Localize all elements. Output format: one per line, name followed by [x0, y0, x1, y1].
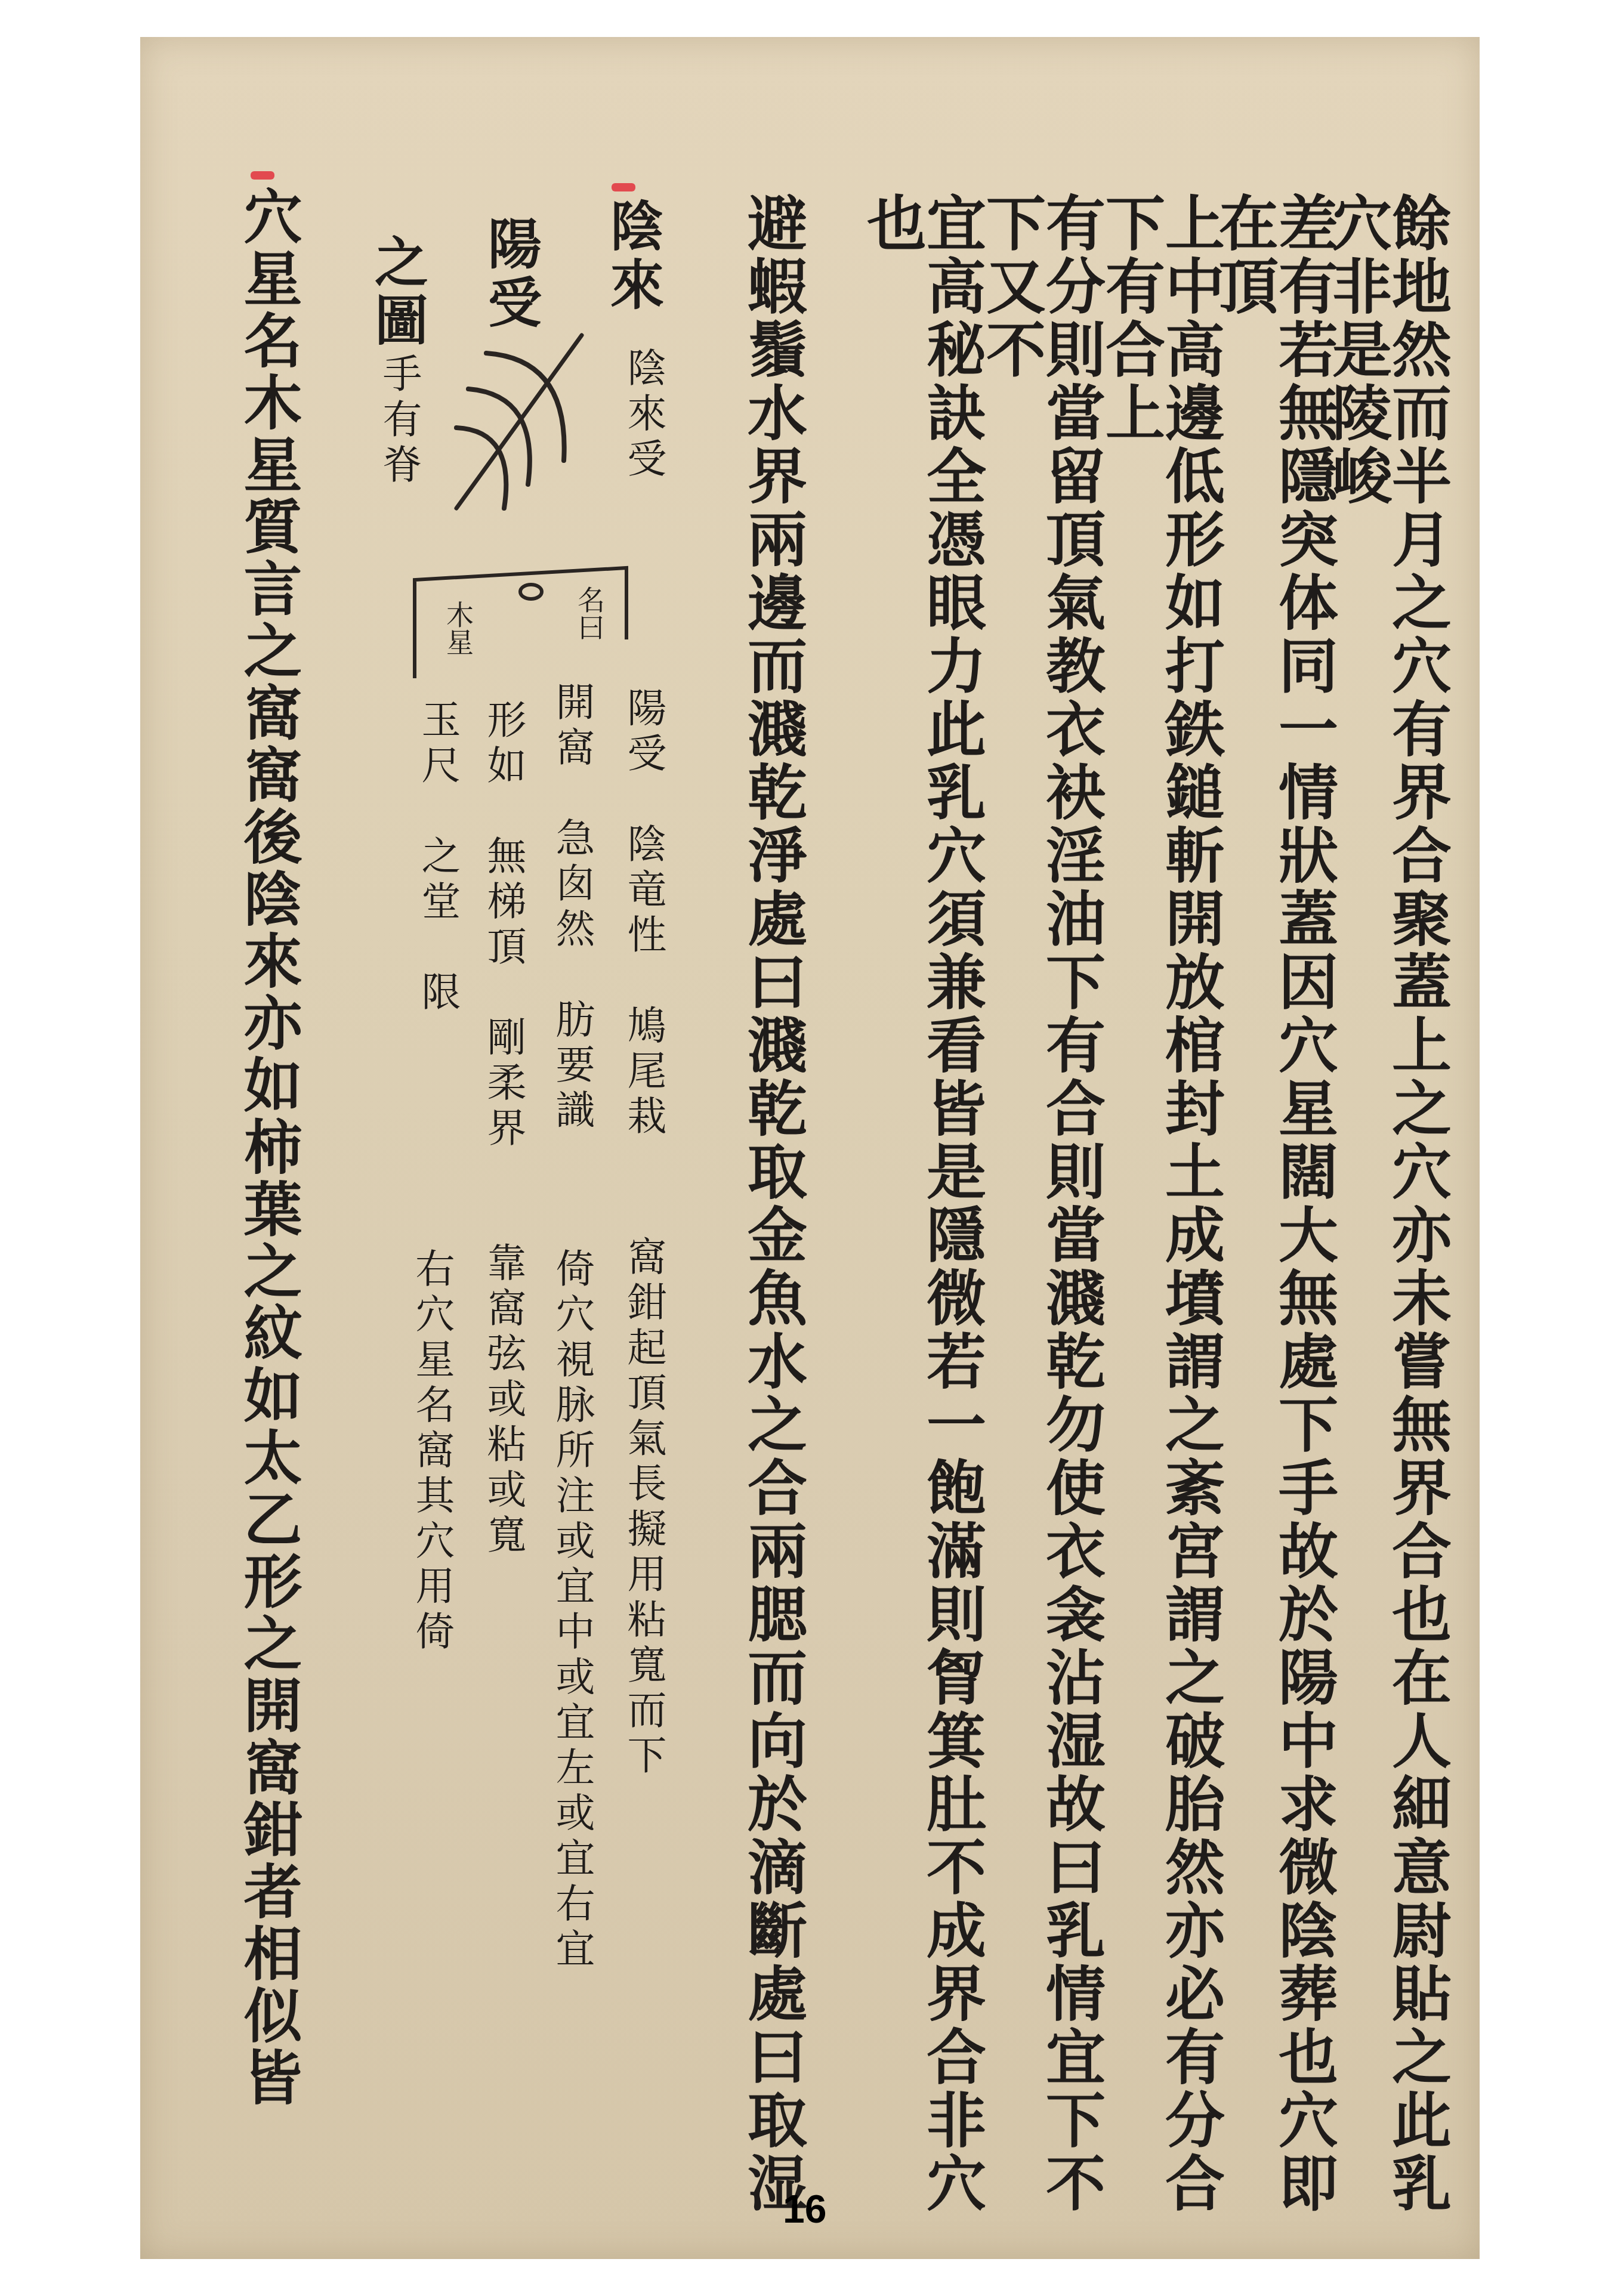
red-seal-mark	[612, 183, 635, 191]
row-a-item-3: 鳩尾栽	[620, 1005, 666, 1141]
diagram-row-b: 開窩 急囱然 肪要識	[552, 681, 591, 1158]
frame-label-ming-yue: 名曰	[570, 586, 609, 641]
row-d-item-1: 玉尺	[415, 699, 461, 790]
text-column-1: 餘地然而半月之穴有界合聚蓋上之穴亦未嘗無界合也在人細意尉貼之此乳穴非是陵峻	[1327, 192, 1447, 2259]
text-column-5: 宜高秘訣全憑眼力此乳穴須兼看皆是隱微若一飽滿則胷箕肚不成界合非穴也	[862, 192, 981, 2259]
diagram-row-d: 玉尺 之堂 限	[418, 699, 457, 1176]
row-c-item-2: 無梯頂	[480, 835, 526, 971]
diagram-title-yang-shou: 陽受	[483, 216, 537, 333]
diagram-row-a: 陽受 陰竜性 鳩尾栽	[623, 687, 663, 1164]
text-column-3: 上中高邊低形如打鉄鎚斬開放棺封土成墳謂之紊宮謂之破胎然亦必有分合下有合上	[1101, 192, 1220, 2259]
note-column-2: 倚穴視脉所注或宜中或宜左或宜右宜	[552, 1248, 591, 1973]
page-number: 16	[783, 2186, 826, 2232]
note-column-3: 靠窩弦或粘或寬	[483, 1242, 523, 1559]
row-d-item-2: 之堂	[415, 835, 461, 926]
yin-yang-arcs-diagram-icon	[421, 317, 635, 568]
row-b-item-1: 開窩	[549, 681, 595, 772]
row-b-item-2: 急囱然	[549, 817, 595, 953]
row-b-item-3: 肪要識	[549, 999, 595, 1135]
row-a-item-1: 陽受	[620, 687, 666, 778]
diagram-title-zhi-tu: 之圖	[370, 234, 424, 351]
row-c-item-3: 剛柔界	[480, 1016, 526, 1152]
frame-label-mu-xing: 木星	[439, 601, 478, 656]
diagram-row-c: 形如 無梯頂 剛柔界	[483, 699, 523, 1176]
red-seal-mark-left	[251, 171, 274, 180]
diagram-note-hand: 手有脊	[379, 353, 418, 489]
text-column-2: 差有若無隱突体同一情狀蓋因穴星闊大無處下手故於陽中求微陰葬也穴即在頂	[1214, 192, 1333, 2259]
text-column-6: 避蝦鬚水界兩邊而濺乾淨處曰濺乾取金魚水之合兩腮而向於滴斷處曰取湿	[743, 192, 802, 2215]
row-a-item-2: 陰竜性	[620, 823, 666, 959]
note-column-4: 右穴星名窩其穴用倚	[412, 1248, 451, 1656]
text-column-left: 穴星名木星質言之窩窩後陰來亦如柿葉之紋如太乙形之開窩鉗者相似皆	[239, 186, 297, 2109]
manuscript-page: 餘地然而半月之穴有界合聚蓋上之穴亦未嘗無界合也在人細意尉貼之此乳穴非是陵峻 差有…	[140, 37, 1480, 2259]
diagram-title-yin-lai: 陰來	[606, 198, 659, 315]
note-column-1: 窩鉗起頂氣長擬用粘寬而下	[623, 1236, 663, 1780]
row-d-item-3: 限	[415, 971, 461, 1016]
row-c-item-1: 形如	[480, 699, 526, 790]
text-column-4: 有分則當留頂氣教衣袂淫油下有合則當濺乾勿使衣衾沾湿故曰乳情宜下不下又不	[981, 192, 1101, 2259]
